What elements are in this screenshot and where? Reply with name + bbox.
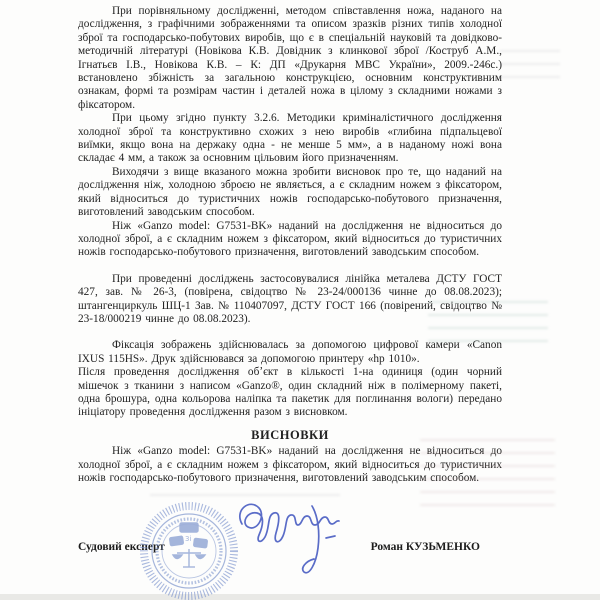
paragraph-instruments: При проведенні досліджень застосовувалис… bbox=[78, 273, 502, 327]
paragraph-ganzo-statement: Ніж «Ganzo model: G7531-BK» наданий на д… bbox=[78, 220, 502, 260]
scan-edge bbox=[0, 594, 600, 600]
expert-seal-stamp-icon: 3і bbox=[137, 499, 241, 600]
bleedthrough-smudge bbox=[500, 50, 560, 78]
paragraph-comparative-research: При порівняльному дослідженні, методом с… bbox=[78, 5, 502, 112]
paragraph-interim-conclusion: Виходячи з вище вказаного можна зробити … bbox=[78, 166, 502, 220]
footer-expert-name: Роман КУЗЬМЕНКО bbox=[330, 541, 480, 553]
document-body: При порівняльному дослідженні, методом с… bbox=[78, 5, 502, 485]
paragraph-fixation: Фіксація зображень здійснювалась за допо… bbox=[78, 339, 502, 366]
signature-icon bbox=[228, 478, 346, 578]
svg-text:3і: 3і bbox=[185, 535, 191, 543]
scanned-expert-report-page: При порівняльному дослідженні, методом с… bbox=[0, 0, 600, 600]
conclusions-heading: ВИСНОВКИ bbox=[78, 429, 502, 442]
paragraph-methodology-3-2-6: При цьому згідно пункту 3.2.6. Методики … bbox=[78, 112, 502, 166]
paragraph-returned-items: Після проведення дослідження обʼєкт в кі… bbox=[78, 366, 502, 420]
